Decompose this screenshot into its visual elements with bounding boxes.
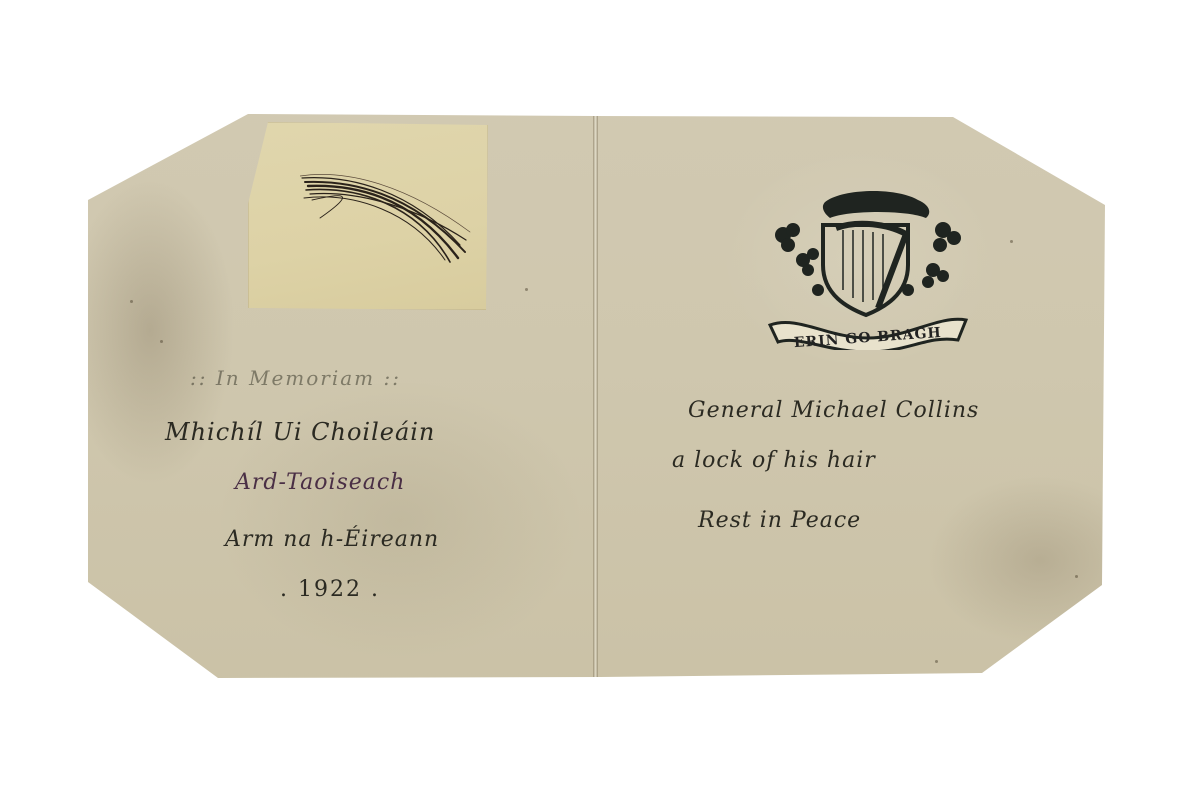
right-line-3: Rest in Peace <box>698 508 861 533</box>
left-line-5-year: . 1922 . <box>280 577 380 602</box>
left-line-2: Mhichíl Ui Choileáin <box>165 418 435 446</box>
right-line-2: a lock of his hair <box>672 448 876 473</box>
center-fold <box>593 116 598 677</box>
card-paper <box>0 0 1200 800</box>
left-line-4: Arm na h-Éireann <box>225 527 439 552</box>
left-line-3: Ard-Taoiseach <box>235 470 405 495</box>
left-line-1: :: In Memoriam :: <box>190 366 401 390</box>
foxing-spot <box>935 660 938 663</box>
foxing-spot <box>1010 240 1013 243</box>
lock-of-hair <box>300 170 475 265</box>
harp-crest-icon: ERIN GO BRAGH <box>758 190 978 350</box>
foxing-spot <box>525 288 528 291</box>
foxing-spot <box>130 300 133 303</box>
foxing-spot <box>160 340 163 343</box>
memorial-card: ERIN GO BRAGH :: In Memoriam :: Mhichíl … <box>0 0 1200 800</box>
right-line-1: General Michael Collins <box>688 398 979 423</box>
foxing-spot <box>1075 575 1078 578</box>
